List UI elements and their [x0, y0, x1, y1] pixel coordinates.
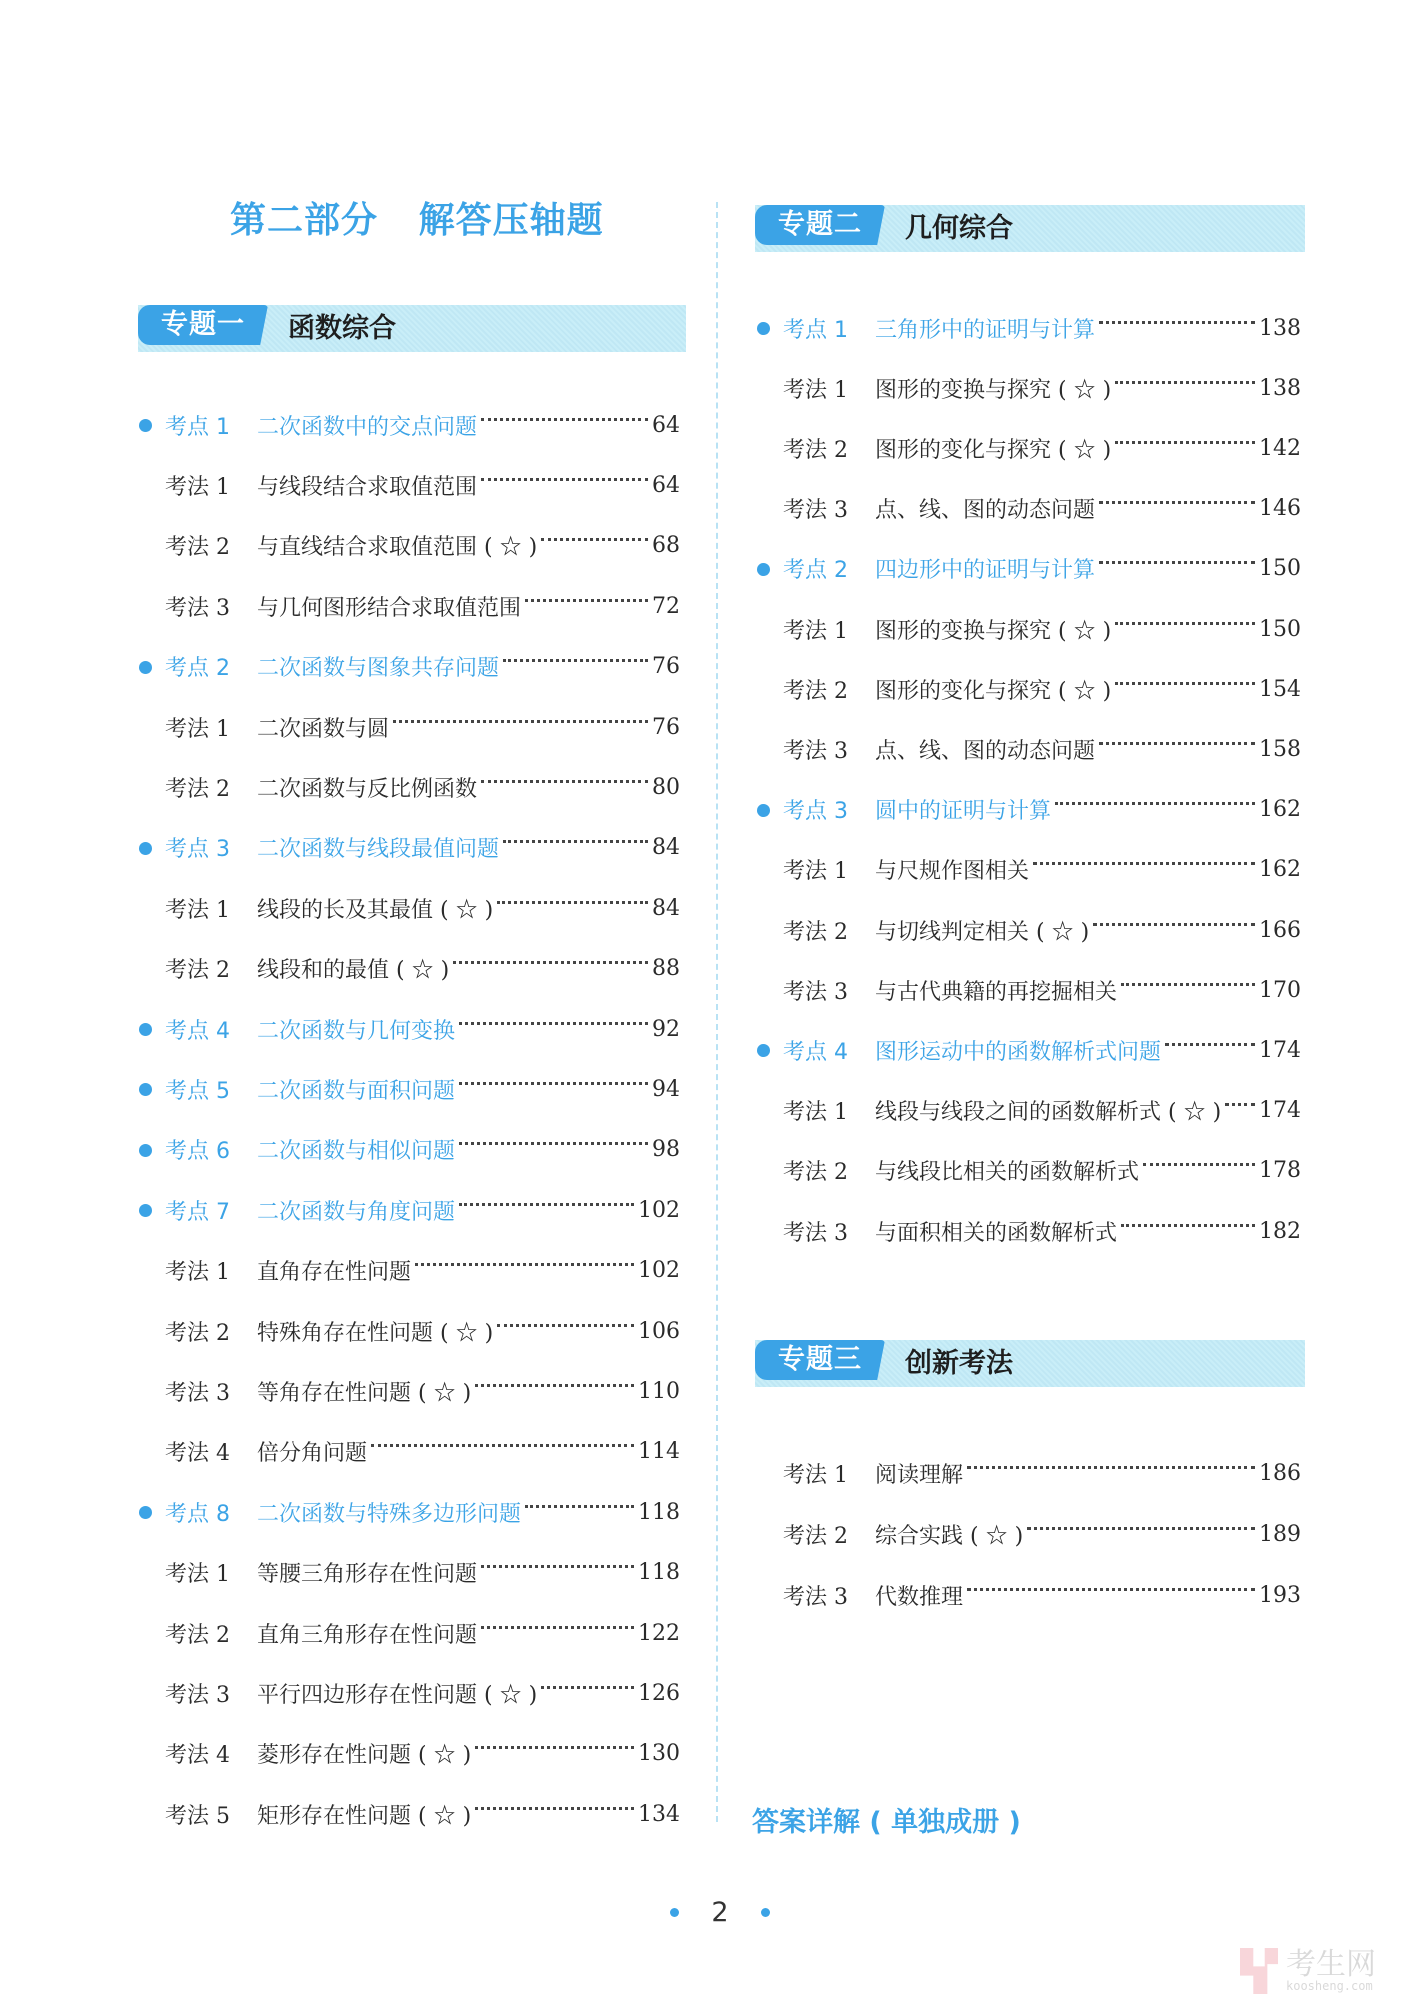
toc-entry-label: 考法 3 [165, 591, 257, 622]
dot-leader [475, 1746, 634, 1749]
toc-entry-label: 考法 4 [165, 1738, 257, 1769]
toc-kaofa-row[interactable]: 考法 3代数推理193 [783, 1575, 1301, 1615]
dot-leader [475, 1384, 634, 1387]
toc-kaofa-row[interactable]: 考法 1等腰三角形存在性问题118 [165, 1553, 680, 1593]
toc-entry-title: 图形的变换与探究 ( ☆ ) [875, 373, 1111, 404]
toc-entry-label: 考法 1 [783, 1095, 875, 1126]
toc-entry-title: 线段与线段之间的函数解析式 ( ☆ ) [875, 1095, 1221, 1126]
dot-leader [541, 538, 648, 541]
toc-entry-title: 二次函数与反比例函数 [257, 772, 477, 803]
toc-kaodian-row[interactable]: 考点 2四边形中的证明与计算150 [783, 549, 1301, 589]
toc-entry-title: 代数推理 [875, 1580, 963, 1611]
toc-kaofa-row[interactable]: 考法 2与直线结合求取值范围 ( ☆ )68 [165, 526, 680, 566]
toc-entry-page: 146 [1259, 496, 1301, 521]
toc-entry-page: 178 [1259, 1158, 1301, 1183]
toc-entry-title: 二次函数与几何变换 [257, 1014, 455, 1045]
column-divider [716, 202, 718, 1822]
toc-entry-page: 76 [652, 715, 680, 740]
toc-entry-page: 64 [652, 413, 680, 438]
topic-tab-2: 专题二 [755, 205, 885, 245]
toc-entry-label: 考法 1 [165, 893, 257, 924]
toc-entry-page: 118 [638, 1560, 680, 1585]
toc-kaofa-row[interactable]: 考法 2特殊角存在性问题 ( ☆ )106 [165, 1311, 680, 1351]
topic-tab-1: 专题一 [138, 305, 268, 345]
toc-kaofa-row[interactable]: 考法 3点、线、图的动态问题146 [783, 489, 1301, 529]
toc-kaofa-row[interactable]: 考法 1与线段结合求取值范围64 [165, 465, 680, 505]
toc-entry-page: 166 [1259, 918, 1301, 943]
toc-entry-title: 线段和的最值 ( ☆ ) [257, 953, 449, 984]
toc-entry-page: 64 [652, 473, 680, 498]
toc-kaofa-row[interactable]: 考法 1线段的长及其最值 ( ☆ )84 [165, 888, 680, 928]
toc-entry-label: 考法 1 [783, 373, 875, 404]
toc-entry-page: 162 [1259, 857, 1301, 882]
toc-entry-label: 考法 2 [165, 530, 257, 561]
toc-entry-page: 174 [1259, 1098, 1301, 1123]
dot-leader [1225, 1103, 1255, 1106]
toc-kaofa-row[interactable]: 考法 3与几何图形结合求取值范围72 [165, 586, 680, 626]
dot-leader [393, 720, 648, 723]
dot-leader [481, 478, 648, 481]
toc-entry-title: 二次函数与面积问题 [257, 1074, 455, 1105]
topic-header-2: 专题二 几何综合 [755, 205, 1305, 252]
toc-entry-label: 考法 3 [165, 1376, 257, 1407]
toc-entry-page: 110 [638, 1379, 680, 1404]
toc-entry-title: 特殊角存在性问题 ( ☆ ) [257, 1316, 493, 1347]
toc-kaofa-row[interactable]: 考法 3平行四边形存在性问题 ( ☆ )126 [165, 1673, 680, 1713]
dot-leader [415, 1263, 634, 1266]
dot-leader [1099, 501, 1255, 504]
toc-entry-label: 考法 4 [165, 1436, 257, 1467]
toc-entry-title: 阅读理解 [875, 1458, 963, 1489]
toc-entry-page: 189 [1259, 1522, 1301, 1547]
toc-entry-label: 考点 3 [783, 794, 875, 825]
bullet-icon [139, 1506, 152, 1519]
toc-entry-label: 考法 1 [783, 854, 875, 885]
toc-kaofa-row[interactable]: 考法 2直角三角形存在性问题122 [165, 1613, 680, 1653]
dot-leader [541, 1686, 634, 1689]
toc-kaodian-row[interactable]: 考点 3圆中的证明与计算162 [783, 790, 1301, 830]
bullet-icon [139, 661, 152, 674]
toc-entry-label: 考法 3 [783, 734, 875, 765]
toc-entry-label: 考法 2 [165, 1618, 257, 1649]
toc-kaodian-row[interactable]: 考点 5二次函数与面积问题94 [165, 1069, 680, 1109]
toc-entry-page: 80 [652, 775, 680, 800]
dot-leader [497, 901, 648, 904]
dot-leader [503, 840, 648, 843]
bullet-icon [139, 1083, 152, 1096]
toc-entry-label: 考法 5 [165, 1799, 257, 1830]
dot-leader [459, 1142, 648, 1145]
toc-entry-title: 四边形中的证明与计算 [875, 553, 1095, 584]
dot-leader [481, 780, 648, 783]
toc-kaofa-row[interactable]: 考法 2图形的变化与探究 ( ☆ )142 [783, 428, 1301, 468]
toc-kaodian-row[interactable]: 考点 4二次函数与几何变换92 [165, 1009, 680, 1049]
toc-entry-title: 圆中的证明与计算 [875, 794, 1051, 825]
toc-entry-page: 193 [1259, 1583, 1301, 1608]
toc-entry-label: 考法 3 [165, 1678, 257, 1709]
toc-entry-title: 二次函数与图象共存问题 [257, 651, 499, 682]
toc-entry-label: 考法 1 [165, 470, 257, 501]
dot-leader [1099, 321, 1255, 324]
toc-kaodian-row[interactable]: 考点 3二次函数与线段最值问题84 [165, 828, 680, 868]
dot-leader [453, 961, 648, 964]
toc-entry-label: 考点 1 [783, 313, 875, 344]
toc-entry-title: 矩形存在性问题 ( ☆ ) [257, 1799, 471, 1830]
toc-entry-label: 考点 6 [165, 1134, 257, 1165]
toc-entry-label: 考点 4 [783, 1035, 875, 1066]
topic-header-1: 专题一 函数综合 [138, 305, 686, 352]
toc-kaofa-row[interactable]: 考法 2二次函数与反比例函数80 [165, 767, 680, 807]
dot-leader [1115, 622, 1255, 625]
toc-entry-title: 平行四边形存在性问题 ( ☆ ) [257, 1678, 537, 1709]
toc-entry-page: 170 [1259, 978, 1301, 1003]
toc-entry-title: 直角三角形存在性问题 [257, 1618, 477, 1649]
toc-entry-page: 142 [1259, 436, 1301, 461]
toc-entry-page: 134 [638, 1802, 680, 1827]
toc-kaofa-row[interactable]: 考法 1线段与线段之间的函数解析式 ( ☆ )174 [783, 1091, 1301, 1131]
bullet-icon [757, 563, 770, 576]
toc-kaofa-row[interactable]: 考法 1与尺规作图相关162 [783, 850, 1301, 890]
bullet-icon [139, 1204, 152, 1217]
toc-entry-page: 68 [652, 533, 680, 558]
watermark-en: koosheng.com [1286, 1980, 1376, 1992]
toc-entry-label: 考法 1 [783, 614, 875, 645]
toc-entry-label: 考法 2 [165, 772, 257, 803]
toc-entry-title: 综合实践 ( ☆ ) [875, 1519, 1023, 1550]
toc-entry-title: 等角存在性问题 ( ☆ ) [257, 1376, 471, 1407]
toc-kaofa-row[interactable]: 考法 3与面积相关的函数解析式182 [783, 1211, 1301, 1251]
toc-entry-label: 考点 4 [165, 1014, 257, 1045]
topic-name-1: 函数综合 [288, 307, 396, 351]
dot-leader [459, 1022, 648, 1025]
toc-entry-title: 与尺规作图相关 [875, 854, 1029, 885]
toc-entry-label: 考点 5 [165, 1074, 257, 1105]
toc-kaodian-row[interactable]: 考点 1二次函数中的交点问题64 [165, 405, 680, 445]
dot-leader [481, 1565, 634, 1568]
toc-entry-page: 182 [1259, 1219, 1301, 1244]
dot-leader [1121, 1224, 1255, 1227]
toc-entry-page: 72 [652, 594, 680, 619]
toc-entry-title: 二次函数与角度问题 [257, 1195, 455, 1226]
toc-entry-title: 与线段比相关的函数解析式 [875, 1155, 1139, 1186]
toc-entry-title: 与几何图形结合求取值范围 [257, 591, 521, 622]
dot-leader [525, 1505, 634, 1508]
toc-entry-title: 二次函数与特殊多边形问题 [257, 1497, 521, 1528]
dot-leader [967, 1588, 1255, 1591]
toc-kaofa-row[interactable]: 考法 4菱形存在性问题 ( ☆ )130 [165, 1734, 680, 1774]
toc-kaofa-row[interactable]: 考法 1图形的变换与探究 ( ☆ )138 [783, 368, 1301, 408]
toc-entry-label: 考法 1 [165, 1255, 257, 1286]
toc-entry-title: 等腰三角形存在性问题 [257, 1557, 477, 1588]
toc-entry-label: 考法 2 [783, 1519, 875, 1550]
dot-leader [481, 418, 648, 421]
toc-entry-title: 与面积相关的函数解析式 [875, 1216, 1117, 1247]
dot-leader [459, 1203, 634, 1206]
toc-entry-label: 考点 2 [165, 651, 257, 682]
dot-leader [459, 1082, 648, 1085]
toc-entry-title: 点、线、图的动态问题 [875, 493, 1095, 524]
dot-leader [1099, 561, 1255, 564]
toc-entry-page: 102 [638, 1258, 680, 1283]
toc-entry-title: 二次函数与线段最值问题 [257, 832, 499, 863]
toc-entry-page: 126 [638, 1681, 680, 1706]
page-number: 2 [670, 1892, 770, 1932]
toc-entry-label: 考法 1 [165, 712, 257, 743]
topic-tab-3: 专题三 [755, 1340, 885, 1380]
toc-entry-page: 92 [652, 1017, 680, 1042]
toc-entry-title: 图形的变化与探究 ( ☆ ) [875, 674, 1111, 705]
toc-entry-page: 114 [638, 1439, 680, 1464]
toc-entry-label: 考法 2 [783, 433, 875, 464]
toc-entry-page: 98 [652, 1137, 680, 1162]
toc-entry-title: 二次函数中的交点问题 [257, 410, 477, 441]
toc-entry-page: 102 [638, 1198, 680, 1223]
toc-entry-page: 122 [638, 1621, 680, 1646]
toc-kaodian-row[interactable]: 考点 2二次函数与图象共存问题76 [165, 647, 680, 687]
watermark-cn: 考生网 [1286, 1950, 1376, 1980]
toc-entry-label: 考法 3 [783, 1216, 875, 1247]
toc-entry-label: 考法 1 [165, 1557, 257, 1588]
toc-kaofa-row[interactable]: 考法 3与古代典籍的再挖掘相关170 [783, 970, 1301, 1010]
toc-entry-title: 线段的长及其最值 ( ☆ ) [257, 893, 493, 924]
toc-entry-page: 118 [638, 1500, 680, 1525]
toc-entry-title: 与古代典籍的再挖掘相关 [875, 975, 1117, 1006]
toc-entry-label: 考点 3 [165, 832, 257, 863]
toc-kaofa-row[interactable]: 考法 3等角存在性问题 ( ☆ )110 [165, 1371, 680, 1411]
watermark-logo-icon [1240, 1948, 1278, 1994]
toc-kaofa-row[interactable]: 考法 2图形的变化与探究 ( ☆ )154 [783, 669, 1301, 709]
toc-entry-title: 与切线判定相关 ( ☆ ) [875, 915, 1089, 946]
toc-entry-page: 94 [652, 1077, 680, 1102]
toc-entry-title: 二次函数与相似问题 [257, 1134, 455, 1165]
topic-header-3: 专题三 创新考法 [755, 1340, 1305, 1387]
toc-kaodian-row[interactable]: 考点 4图形运动中的函数解析式问题174 [783, 1030, 1301, 1070]
toc-entry-page: 84 [652, 896, 680, 921]
toc-kaodian-row[interactable]: 考点 7二次函数与角度问题102 [165, 1190, 680, 1230]
bullet-icon [757, 804, 770, 817]
toc-entry-page: 138 [1259, 316, 1301, 341]
toc-kaodian-row[interactable]: 考点 1三角形中的证明与计算138 [783, 308, 1301, 348]
toc-entry-label: 考点 8 [165, 1497, 257, 1528]
toc-kaodian-row[interactable]: 考点 6二次函数与相似问题98 [165, 1130, 680, 1170]
toc-kaofa-row[interactable]: 考法 2线段和的最值 ( ☆ )88 [165, 949, 680, 989]
toc-entry-label: 考点 1 [165, 410, 257, 441]
toc-entry-label: 考法 2 [783, 674, 875, 705]
toc-entry-label: 考法 2 [165, 953, 257, 984]
toc-entry-page: 158 [1259, 737, 1301, 762]
toc-kaofa-row[interactable]: 考法 1图形的变换与探究 ( ☆ )150 [783, 609, 1301, 649]
toc-entry-title: 菱形存在性问题 ( ☆ ) [257, 1738, 471, 1769]
dot-leader [1027, 1527, 1255, 1530]
answers-label: 答案详解 ( 单独成册 ) [752, 1800, 1021, 1839]
toc-kaofa-row[interactable]: 考法 4倍分角问题114 [165, 1432, 680, 1472]
dot-leader [1115, 682, 1255, 685]
bullet-icon [139, 1023, 152, 1036]
toc-entry-title: 与直线结合求取值范围 ( ☆ ) [257, 530, 537, 561]
toc-entry-label: 考法 2 [165, 1316, 257, 1347]
dot-leader [1055, 802, 1255, 805]
toc-entry-title: 图形的变化与探究 ( ☆ ) [875, 433, 1111, 464]
toc-entry-page: 88 [652, 956, 680, 981]
toc-entry-label: 考法 3 [783, 493, 875, 524]
toc-kaofa-row[interactable]: 考法 2与线段比相关的函数解析式178 [783, 1151, 1301, 1191]
dot-leader [967, 1466, 1255, 1469]
toc-entry-title: 图形运动中的函数解析式问题 [875, 1035, 1161, 1066]
dot-leader [1093, 923, 1255, 926]
toc-kaofa-row[interactable]: 考法 1直角存在性问题102 [165, 1251, 680, 1291]
toc-entry-page: 174 [1259, 1038, 1301, 1063]
dot-leader [1099, 742, 1255, 745]
dot-leader [371, 1444, 634, 1447]
toc-entry-label: 考法 2 [783, 1155, 875, 1186]
toc-entry-page: 130 [638, 1741, 680, 1766]
toc-entry-title: 直角存在性问题 [257, 1255, 411, 1286]
toc-entry-title: 图形的变换与探究 ( ☆ ) [875, 614, 1111, 645]
toc-kaofa-row[interactable]: 考法 2综合实践 ( ☆ )189 [783, 1514, 1301, 1554]
bullet-icon [757, 322, 770, 335]
dot-leader [481, 1626, 634, 1629]
dot-leader [1115, 441, 1255, 444]
topic-name-3: 创新考法 [905, 1342, 1013, 1386]
toc-entry-label: 考法 1 [783, 1458, 875, 1489]
toc-entry-page: 150 [1259, 617, 1301, 642]
dot-leader [525, 599, 648, 602]
dot-leader [503, 659, 648, 662]
watermark: 考生网 koosheng.com [1240, 1948, 1376, 1994]
toc-entry-page: 84 [652, 835, 680, 860]
toc-entry-page: 162 [1259, 797, 1301, 822]
toc-kaofa-row[interactable]: 考法 1阅读理解186 [783, 1453, 1301, 1493]
dot-leader [1115, 381, 1255, 384]
toc-entry-label: 考点 2 [783, 553, 875, 584]
bullet-icon [139, 1144, 152, 1157]
toc-entry-page: 150 [1259, 556, 1301, 581]
toc-entry-title: 倍分角问题 [257, 1436, 367, 1467]
dot-leader [1165, 1043, 1255, 1046]
toc-entry-page: 138 [1259, 376, 1301, 401]
toc-kaofa-row[interactable]: 考法 5矩形存在性问题 ( ☆ )134 [165, 1794, 680, 1834]
page-dot-right [761, 1908, 770, 1917]
part-title: 第二部分 解答压轴题 [230, 192, 600, 243]
toc-entry-page: 76 [652, 654, 680, 679]
dot-leader [1121, 983, 1255, 986]
toc-entry-label: 考法 3 [783, 1580, 875, 1611]
toc-entry-page: 106 [638, 1319, 680, 1344]
toc-entry-label: 考法 2 [783, 915, 875, 946]
toc-kaofa-row[interactable]: 考法 2与切线判定相关 ( ☆ )166 [783, 910, 1301, 950]
page-number-text: 2 [711, 1897, 728, 1928]
bullet-icon [757, 1044, 770, 1057]
toc-entry-title: 三角形中的证明与计算 [875, 313, 1095, 344]
toc-entry-title: 与线段结合求取值范围 [257, 470, 477, 501]
toc-kaodian-row[interactable]: 考点 8二次函数与特殊多边形问题118 [165, 1492, 680, 1532]
toc-entry-label: 考点 7 [165, 1195, 257, 1226]
bullet-icon [139, 419, 152, 432]
dot-leader [475, 1807, 634, 1810]
topic-name-2: 几何综合 [905, 207, 1013, 251]
toc-entry-label: 考法 3 [783, 975, 875, 1006]
dot-leader [497, 1324, 634, 1327]
toc-entry-page: 154 [1259, 677, 1301, 702]
page-dot-left [670, 1908, 679, 1917]
bullet-icon [139, 842, 152, 855]
toc-entry-title: 点、线、图的动态问题 [875, 734, 1095, 765]
dot-leader [1143, 1163, 1255, 1166]
toc-kaofa-row[interactable]: 考法 1二次函数与圆76 [165, 707, 680, 747]
toc-kaofa-row[interactable]: 考法 3点、线、图的动态问题158 [783, 729, 1301, 769]
toc-entry-title: 二次函数与圆 [257, 712, 389, 743]
dot-leader [1033, 862, 1255, 865]
toc-entry-page: 186 [1259, 1461, 1301, 1486]
